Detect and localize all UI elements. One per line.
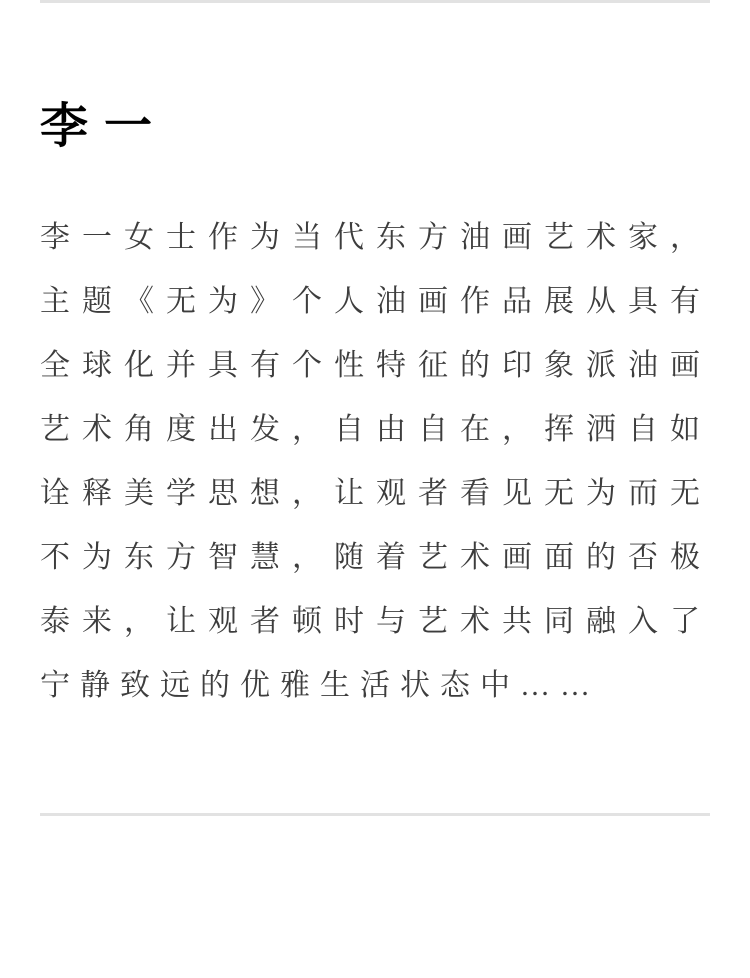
article-paragraph: 李一女士作为当代东方油画艺术家，主题《无为》个人油画作品展从具有全球化并具有个性…	[40, 206, 710, 718]
article-page: 李 一 李一女士作为当代东方油画艺术家，主题《无为》个人油画作品展从具有全球化并…	[0, 0, 750, 978]
bottom-divider	[40, 813, 710, 816]
page-title: 李 一	[40, 98, 710, 156]
top-divider	[40, 0, 710, 3]
